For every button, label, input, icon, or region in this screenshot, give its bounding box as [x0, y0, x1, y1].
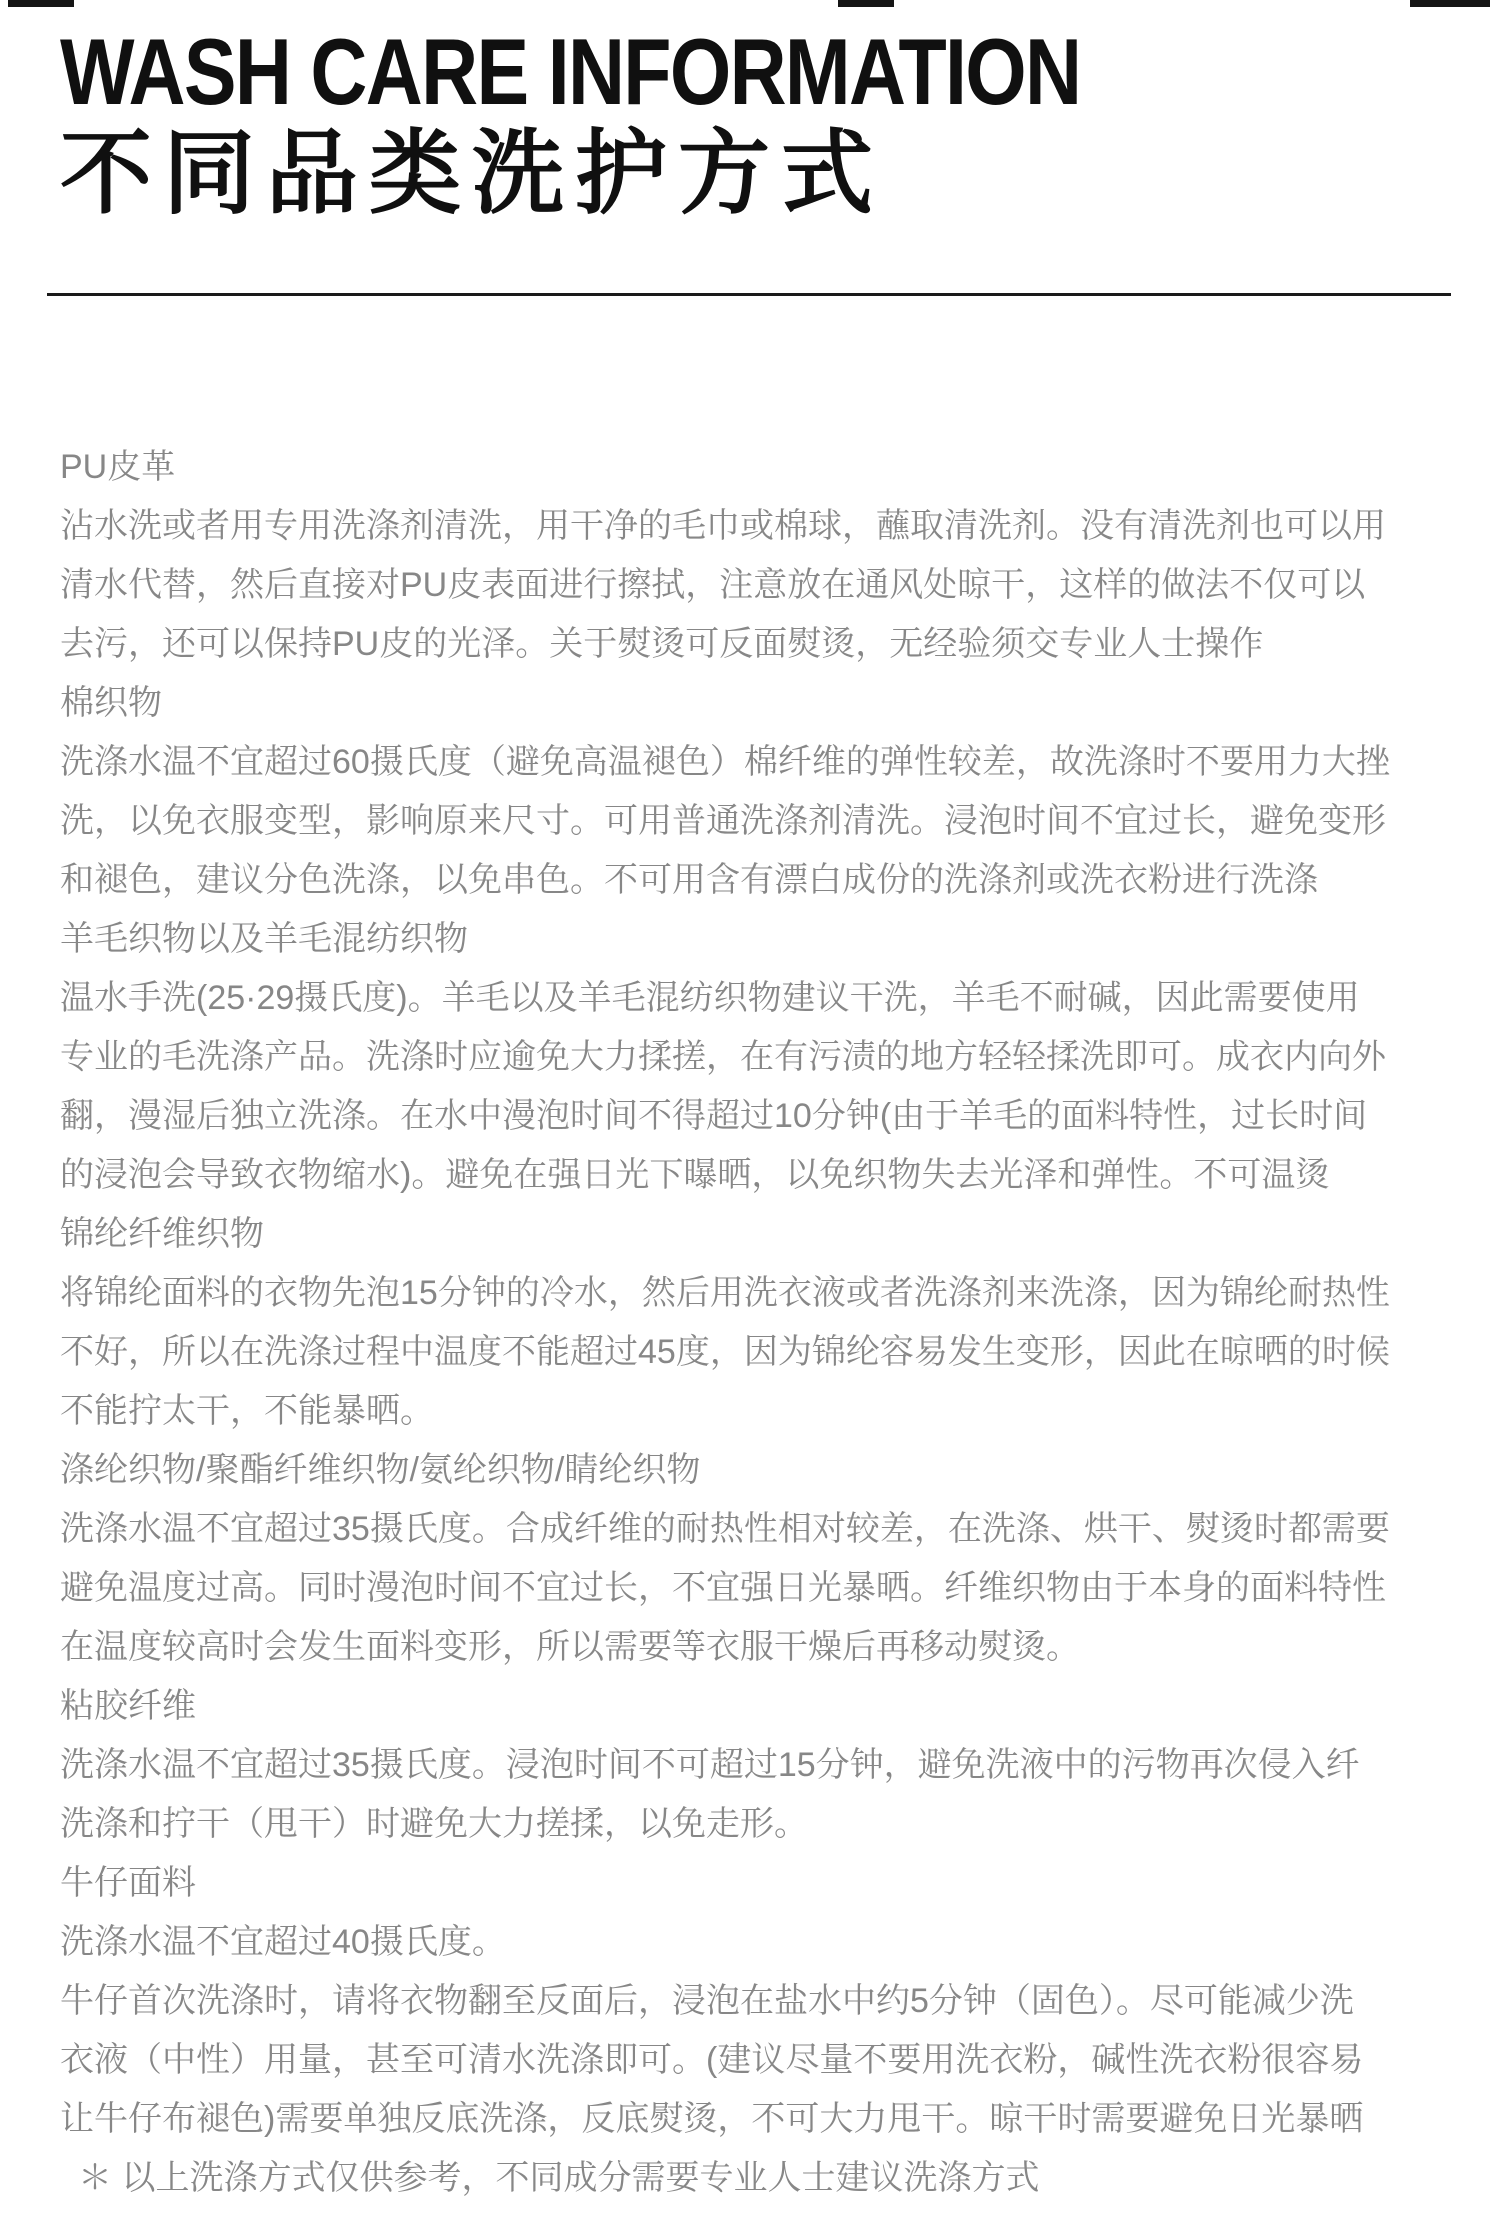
care-section: 羊毛织物以及羊毛混纺织物 温水手洗(25·29摄氏度)。羊毛以及羊毛混纺织物建议…: [60, 910, 1460, 1205]
text-line: 的浸泡会导致衣物缩水)。避免在强日光下曝晒，以免织物失去光泽和弹性。不可温烫: [60, 1146, 1460, 1205]
text-line: 去污，还可以保持PU皮的光泽。关于熨烫可反面熨烫，无经验须交专业人士操作: [60, 615, 1460, 674]
section-heading: 牛仔面料: [60, 1854, 1460, 1913]
text-line: 洗涤水温不宜超过35摄氏度。浸泡时间不可超过15分钟，避免洗液中的污物再次侵入纤: [60, 1736, 1460, 1795]
text-line: 将锦纶面料的衣物先泡15分钟的冷水，然后用洗衣液或者洗涤剂来洗涤，因为锦纶耐热性: [60, 1264, 1460, 1323]
text-line: 温水手洗(25·29摄氏度)。羊毛以及羊毛混纺织物建议干洗，羊毛不耐碱，因此需要…: [60, 969, 1460, 1028]
text-line: 洗涤和拧干（甩干）时避免大力搓揉，以免走形。: [60, 1795, 1460, 1854]
text-line: 在温度较高时会发生面料变形，所以需要等衣服干燥后再移动熨烫。: [60, 1618, 1460, 1677]
section-heading: 羊毛织物以及羊毛混纺织物: [60, 910, 1460, 969]
text-line: 专业的毛洗涤产品。洗涤时应逾免大力揉搓，在有污渍的地方轻轻揉洗即可。成衣内向外: [60, 1028, 1460, 1087]
text-line: 牛仔首次洗涤时，请将衣物翻至反面后，浸泡在盐水中约5分钟（固色）。尽可能减少洗: [60, 1972, 1460, 2031]
text-line: 沾水洗或者用专用洗涤剂清洗，用干净的毛巾或棉球，蘸取清洗剂。没有清洗剂也可以用: [60, 497, 1460, 556]
section-heading: 锦纶纤维织物: [60, 1205, 1460, 1264]
text-line: 洗涤水温不宜超过35摄氏度。合成纤维的耐热性相对较差，在洗涤、烘干、熨烫时都需要: [60, 1500, 1460, 1559]
care-instructions: PU皮革 沾水洗或者用专用洗涤剂清洗，用干净的毛巾或棉球，蘸取清洗剂。没有清洗剂…: [60, 438, 1460, 2208]
text-line: 翻，漫湿后独立洗涤。在水中漫泡时间不得超过10分钟(由于羊毛的面料特性，过长时间: [60, 1087, 1460, 1146]
care-section: 棉织物 洗涤水温不宜超过60摄氏度（避免高温褪色）棉纤维的弹性较差，故洗涤时不要…: [60, 674, 1460, 910]
page-header: WASH CARE INFORMATION 不同品类洗护方式: [60, 24, 1275, 225]
care-section: 粘胶纤维 洗涤水温不宜超过35摄氏度。浸泡时间不可超过15分钟，避免洗液中的污物…: [60, 1677, 1460, 1854]
section-heading: 棉织物: [60, 674, 1460, 733]
text-line: 洗涤水温不宜超过40摄氏度。: [60, 1913, 1460, 1972]
text-line: 衣液（中性）用量，甚至可清水洗涤即可。(建议尽量不要用洗衣粉，碱性洗衣粉很容易: [60, 2031, 1460, 2090]
divider-line: [47, 293, 1451, 296]
wash-care-info-page: WASH CARE INFORMATION 不同品类洗护方式 PU皮革 沾水洗或…: [0, 0, 1500, 2218]
page-title-english: WASH CARE INFORMATION: [60, 24, 1080, 120]
care-section: 涤纶织物/聚酯纤维织物/氨纶织物/睛纶织物 洗涤水温不宜超过35摄氏度。合成纤维…: [60, 1441, 1460, 1677]
top-fragment: [1410, 0, 1490, 7]
top-fragment: [838, 0, 894, 7]
text-line: 和褪色，建议分色洗涤，以免串色。不可用含有漂白成份的洗涤剂或洗衣粉进行洗涤: [60, 851, 1460, 910]
care-section: 牛仔面料 洗涤水温不宜超过40摄氏度。牛仔首次洗涤时，请将衣物翻至反面后，浸泡在…: [60, 1854, 1460, 2149]
page-title-chinese: 不同品类洗护方式: [60, 124, 1275, 225]
text-line: 洗涤水温不宜超过60摄氏度（避免高温褪色）棉纤维的弹性较差，故洗涤时不要用力大挫: [60, 733, 1460, 792]
text-line: 不能拧太干，不能暴晒。: [60, 1382, 1460, 1441]
section-heading: PU皮革: [60, 438, 1460, 497]
text-line: 避免温度过高。同时漫泡时间不宜过长，不宜强日光暴晒。纤维织物由于本身的面料特性: [60, 1559, 1460, 1618]
text-line: 清水代替，然后直接对PU皮表面进行擦拭，注意放在通风处晾干，这样的做法不仅可以: [60, 556, 1460, 615]
text-line: 让牛仔布褪色)需要单独反底洗涤，反底熨烫，不可大力甩干。晾干时需要避免日光暴晒: [60, 2090, 1460, 2149]
section-heading: 粘胶纤维: [60, 1677, 1460, 1736]
top-fragment: [8, 0, 74, 7]
care-section: PU皮革 沾水洗或者用专用洗涤剂清洗，用干净的毛巾或棉球，蘸取清洗剂。没有清洗剂…: [60, 438, 1460, 674]
care-sections: PU皮革 沾水洗或者用专用洗涤剂清洗，用干净的毛巾或棉球，蘸取清洗剂。没有清洗剂…: [60, 438, 1460, 2149]
text-line: 洗，以免衣服变型，影响原来尺寸。可用普通洗涤剂清洗。浸泡时间不宜过长，避免变形: [60, 792, 1460, 851]
text-line: 不好，所以在洗涤过程中温度不能超过45度，因为锦纶容易发生变形，因此在晾晒的时候: [60, 1323, 1460, 1382]
section-heading: 涤纶织物/聚酯纤维织物/氨纶织物/睛纶织物: [60, 1441, 1460, 1500]
care-section: 锦纶纤维织物 将锦纶面料的衣物先泡15分钟的冷水，然后用洗衣液或者洗涤剂来洗涤，…: [60, 1205, 1460, 1441]
footnote: ＊ 以上洗涤方式仅供参考，不同成分需要专业人士建议洗涤方式: [60, 2149, 1460, 2208]
